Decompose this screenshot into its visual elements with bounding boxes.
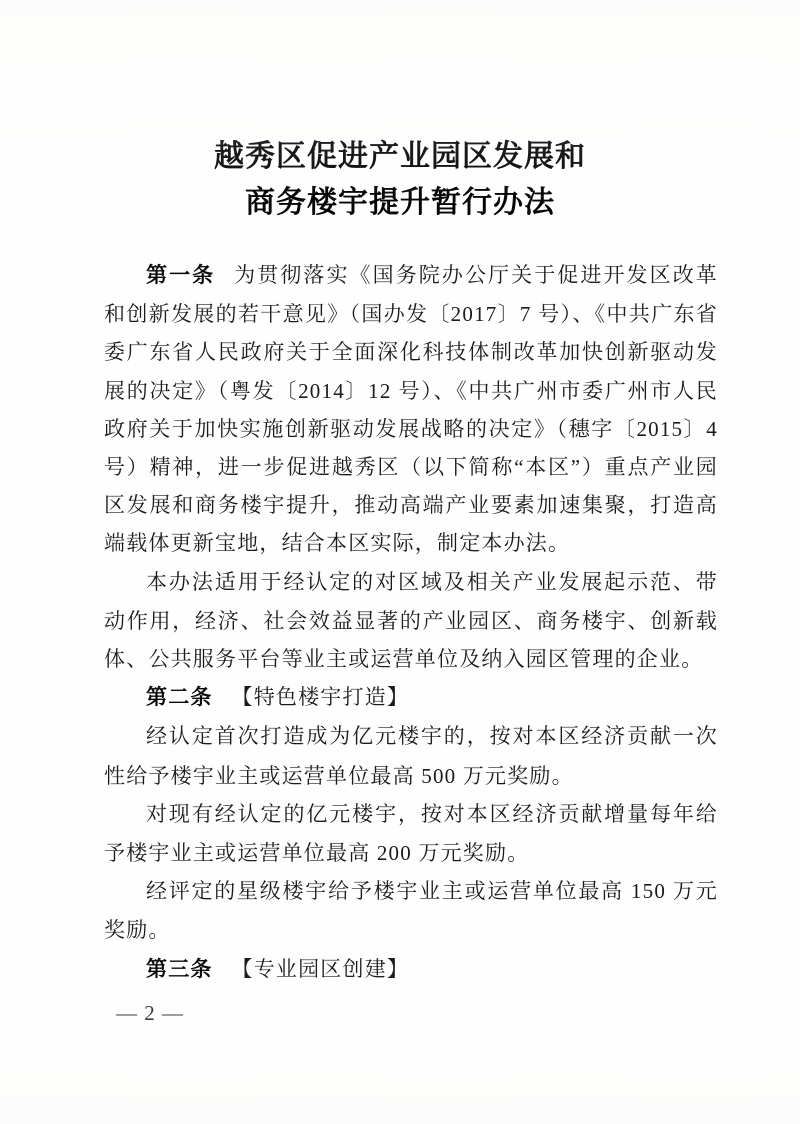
paragraph-reward-150: 经评定的星级楼宇给予楼宇业主或运营单位最高 150 万元奖励。 <box>104 872 718 949</box>
paragraph-article-1: 第一条为贯彻落实《国务院办公厅关于促进开发区改革和创新发展的若干意见》（国办发〔… <box>104 256 718 563</box>
paragraph-text-2: 本办法适用于经认定的对区域及相关产业发展起示范、带动作用，经济、社会效益显著的产… <box>104 570 718 671</box>
article-label-2: 第二条 <box>146 686 213 709</box>
title-line-2: 商务楼宇提升暂行办法 <box>0 180 800 226</box>
document-title: 越秀区促进产业园区发展和 商务楼宇提升暂行办法 <box>0 134 800 226</box>
paragraph-article-2-heading: 第二条【特色楼宇打造】 <box>104 678 718 717</box>
paragraph-article-3-heading: 第三条【专业园区创建】 <box>104 950 718 989</box>
title-line-1: 越秀区促进产业园区发展和 <box>0 134 800 180</box>
paragraph-scope: 本办法适用于经认定的对区域及相关产业发展起示范、带动作用，经济、社会效益显著的产… <box>104 563 718 679</box>
paragraph-reward-500: 经认定首次打造成为亿元楼宇的，按对本区经济贡献一次性给予楼宇业主或运营单位最高 … <box>104 717 718 794</box>
document-body: 第一条为贯彻落实《国务院办公厅关于促进开发区改革和创新发展的若干意见》（国办发〔… <box>104 256 718 989</box>
article-3-title: 【专业园区创建】 <box>232 957 410 981</box>
article-label-3: 第三条 <box>146 958 213 981</box>
document-page: 越秀区促进产业园区发展和 商务楼宇提升暂行办法 第一条为贯彻落实《国务院办公厅关… <box>0 0 800 1124</box>
paragraph-text-1: 为贯彻落实《国务院办公厅关于促进开发区改革和创新发展的若干意见》（国办发〔201… <box>104 263 718 555</box>
paragraph-reward-200: 对现有经认定的亿元楼宇，按对本区经济贡献增量每年给予楼宇业主或运营单位最高 20… <box>104 795 718 872</box>
article-label-1: 第一条 <box>146 264 215 287</box>
paragraph-text-6: 经评定的星级楼宇给予楼宇业主或运营单位最高 150 万元奖励。 <box>104 879 718 942</box>
page-number: — 2 — <box>116 1001 184 1026</box>
paragraph-text-4: 经认定首次打造成为亿元楼宇的，按对本区经济贡献一次性给予楼宇业主或运营单位最高 … <box>104 724 718 787</box>
article-2-title: 【特色楼宇打造】 <box>232 685 410 709</box>
paragraph-text-5: 对现有经认定的亿元楼宇，按对本区经济贡献增量每年给予楼宇业主或运营单位最高 20… <box>104 802 718 865</box>
